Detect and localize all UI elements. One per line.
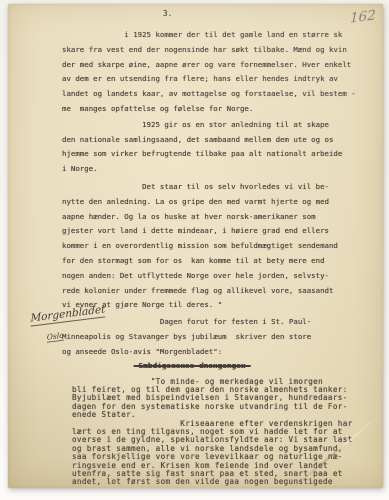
typed-line: Minneapolis og Stavanger bys jubilæum sk…	[62, 330, 368, 345]
struck-out-heading: -Smbdigsesxss-dnsxgsngsx-	[134, 360, 368, 372]
typed-line: skare fra vest end der nogensinde har sø…	[62, 43, 368, 58]
typed-body: i 1925 kommer der til det gamle land en …	[62, 28, 368, 487]
typed-line: rede kolonier under fremmede flag og all…	[62, 284, 368, 299]
typed-paragraph-2: 1925 gir os en stor anledning til at ska…	[62, 118, 368, 177]
typed-line: landet og landets kaar, av mottagelse og…	[62, 87, 368, 102]
typed-line: kommer i en overordentlig mission som be…	[62, 239, 368, 254]
typed-line: av dem er en utsending fra flere; hans e…	[62, 72, 368, 87]
typed-line: nogen anden: Det utflyttede Norge over h…	[62, 269, 368, 284]
typed-line: nytte den anledning. La os gripe den med…	[62, 195, 368, 210]
typed-line: aapne hænder. Og la os huske at hver nor…	[62, 210, 368, 225]
typed-line: me manges opfattelse og følelse for Norg…	[62, 102, 368, 117]
typed-line: gjester vort land i dette mindeaar, i hø…	[62, 224, 368, 239]
page-number: 3.	[163, 9, 172, 18]
typed-line: hjemme som virker befrugtende tilbake pa…	[62, 147, 368, 162]
typed-line: for den stormagt som for os kan komme ti…	[62, 254, 368, 269]
typed-line: den nationale samlingsaand, det sambaand…	[62, 133, 368, 148]
typed-line: i 1925 kommer der til det gamle land en …	[62, 28, 368, 43]
handwritten-folio-number: 162	[350, 7, 376, 26]
typed-paragraph-4: Dagen forut for festen i St. Paul-Minnea…	[62, 315, 368, 359]
typed-paragraph-1: i 1925 kommer der til det gamle land en …	[62, 28, 368, 117]
scanned-document: 3. 162 Morgenbladet Oslo i 1925 kommer d…	[0, 0, 389, 500]
typed-line: Det staar til os selv hvorledes vi vil b…	[62, 180, 368, 195]
quoted-article-block: "To minde- og merkedage vil imorgenbli f…	[72, 378, 368, 487]
typed-line: og anseede Oslo-avis "Morgenbladet":	[62, 345, 368, 360]
typed-line: der med skarpe øine, aapne ører og vare …	[62, 58, 368, 73]
typed-line: 1925 gir os en stor anledning til at ska…	[62, 118, 368, 133]
typed-line: Dagen forut for festen i St. Paul-	[62, 315, 368, 330]
typed-line: vi evner at gjøre Norge til deres. "	[62, 298, 368, 313]
document-page: 3. 162 Morgenbladet Oslo i 1925 kommer d…	[8, 4, 383, 488]
typed-paragraph-3: Det staar til os selv hvorledes vi vil b…	[62, 180, 368, 313]
typed-line: andet, lot først som den vilde gaa nogen…	[72, 478, 368, 486]
typed-line: i Norge.	[62, 162, 368, 177]
